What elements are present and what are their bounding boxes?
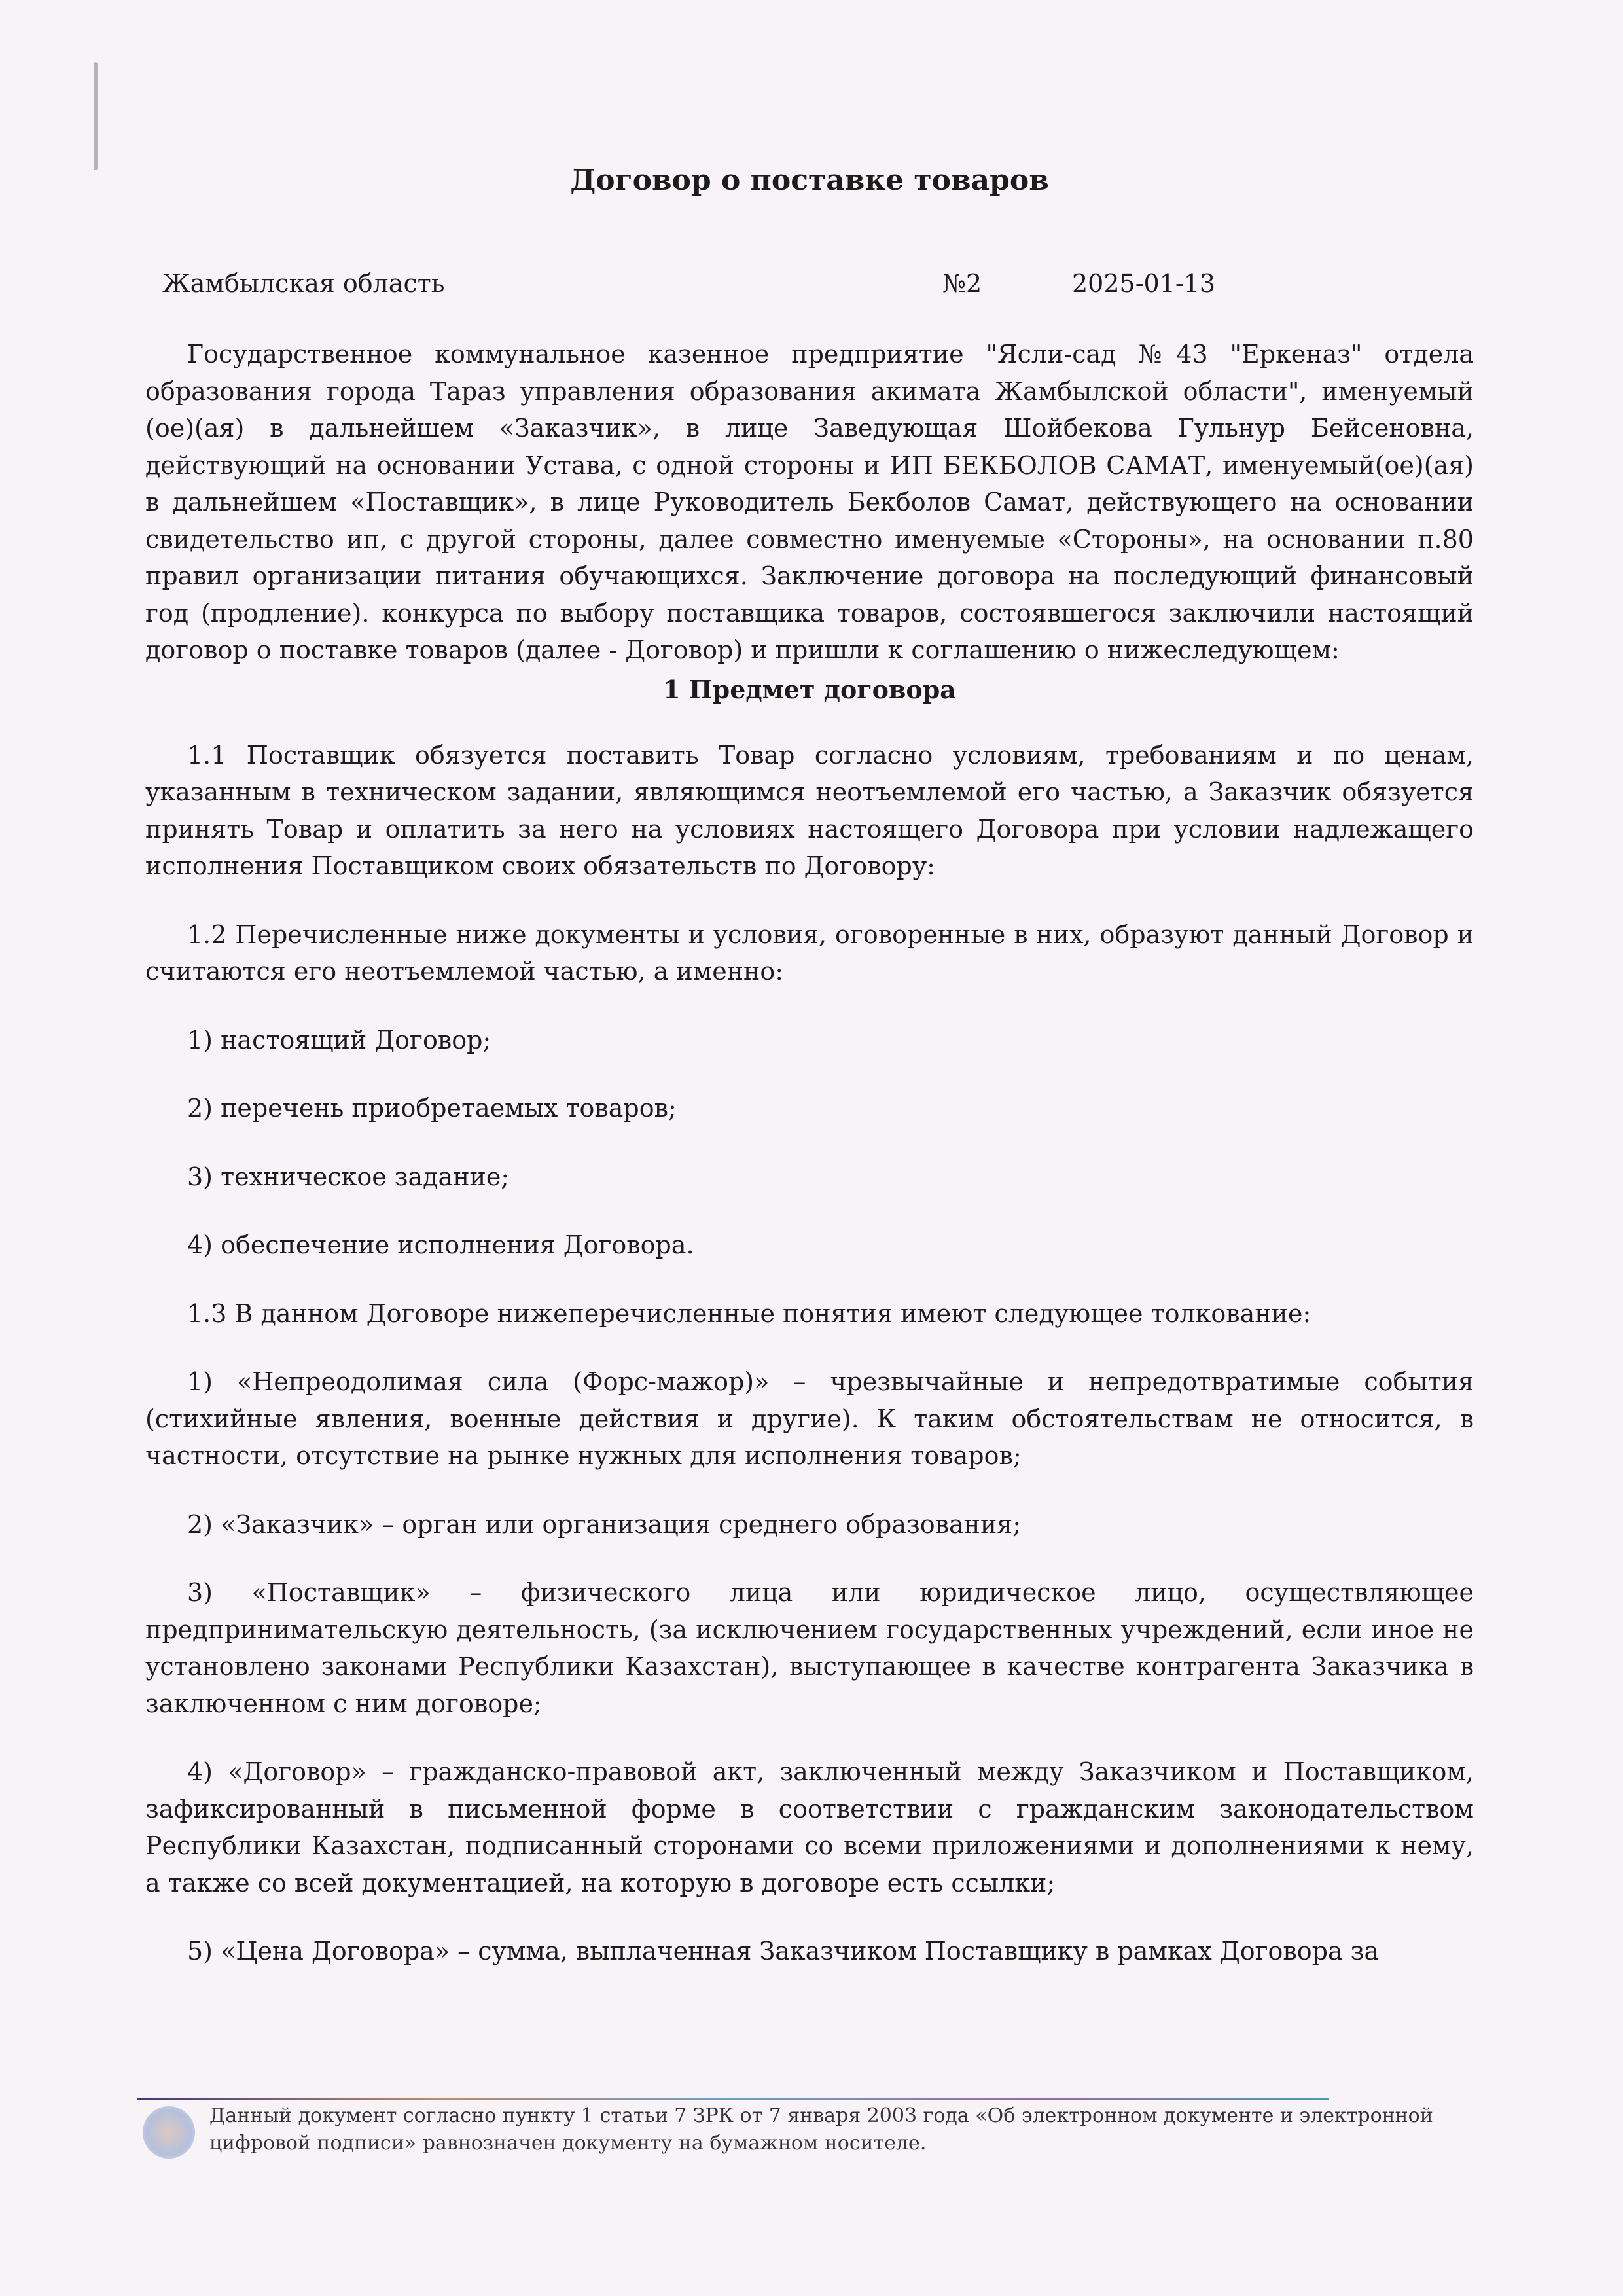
definition-item: 1) «Непреодолимая сила (Форс-мажор)» – ч… bbox=[145, 1363, 1474, 1475]
footer-notice: Данный документ согласно пункту 1 статьи… bbox=[209, 2102, 1453, 2157]
intro-paragraph: Государственное коммунальное казенное пр… bbox=[145, 336, 1474, 669]
definition-item: 3) «Поставщик» – физического лица или юр… bbox=[145, 1574, 1474, 1722]
clause-1-3: 1.3 В данном Договоре нижеперечисленные … bbox=[145, 1295, 1474, 1333]
document-header: Жамбылская область №2 2025-01-13 bbox=[145, 269, 1474, 308]
footer-divider bbox=[137, 2098, 1329, 2100]
clause-1-2: 1.2 Перечисленные ниже документы и услов… bbox=[145, 916, 1474, 990]
list-item: 2) перечень приобретаемых товаров; bbox=[145, 1090, 1474, 1127]
list-item: 1) настоящий Договор; bbox=[145, 1022, 1474, 1059]
region: Жамбылская область bbox=[162, 269, 444, 298]
e-signature-logo-icon bbox=[143, 2106, 195, 2159]
document-page: Договор о поставке товаров Жамбылская об… bbox=[145, 164, 1474, 1970]
list-item: 4) обеспечение исполнения Договора. bbox=[145, 1227, 1474, 1264]
definition-item: 4) «Договор» – гражданско-правовой акт, … bbox=[145, 1753, 1474, 1901]
contract-date: 2025-01-13 bbox=[1072, 269, 1215, 298]
section-1-title: 1 Предмет договора bbox=[145, 672, 1474, 708]
clause-1-1: 1.1 Поставщик обязуется поставить Товар … bbox=[145, 737, 1474, 885]
contract-number: №2 bbox=[942, 269, 982, 298]
scan-mark bbox=[94, 62, 98, 170]
definition-item: 2) «Заказчик» – орган или организация ср… bbox=[145, 1506, 1474, 1543]
document-title: Договор о поставке товаров bbox=[145, 164, 1474, 197]
definition-item: 5) «Цена Договора» – сумма, выплаченная … bbox=[145, 1933, 1474, 1970]
list-item: 3) техническое задание; bbox=[145, 1158, 1474, 1196]
